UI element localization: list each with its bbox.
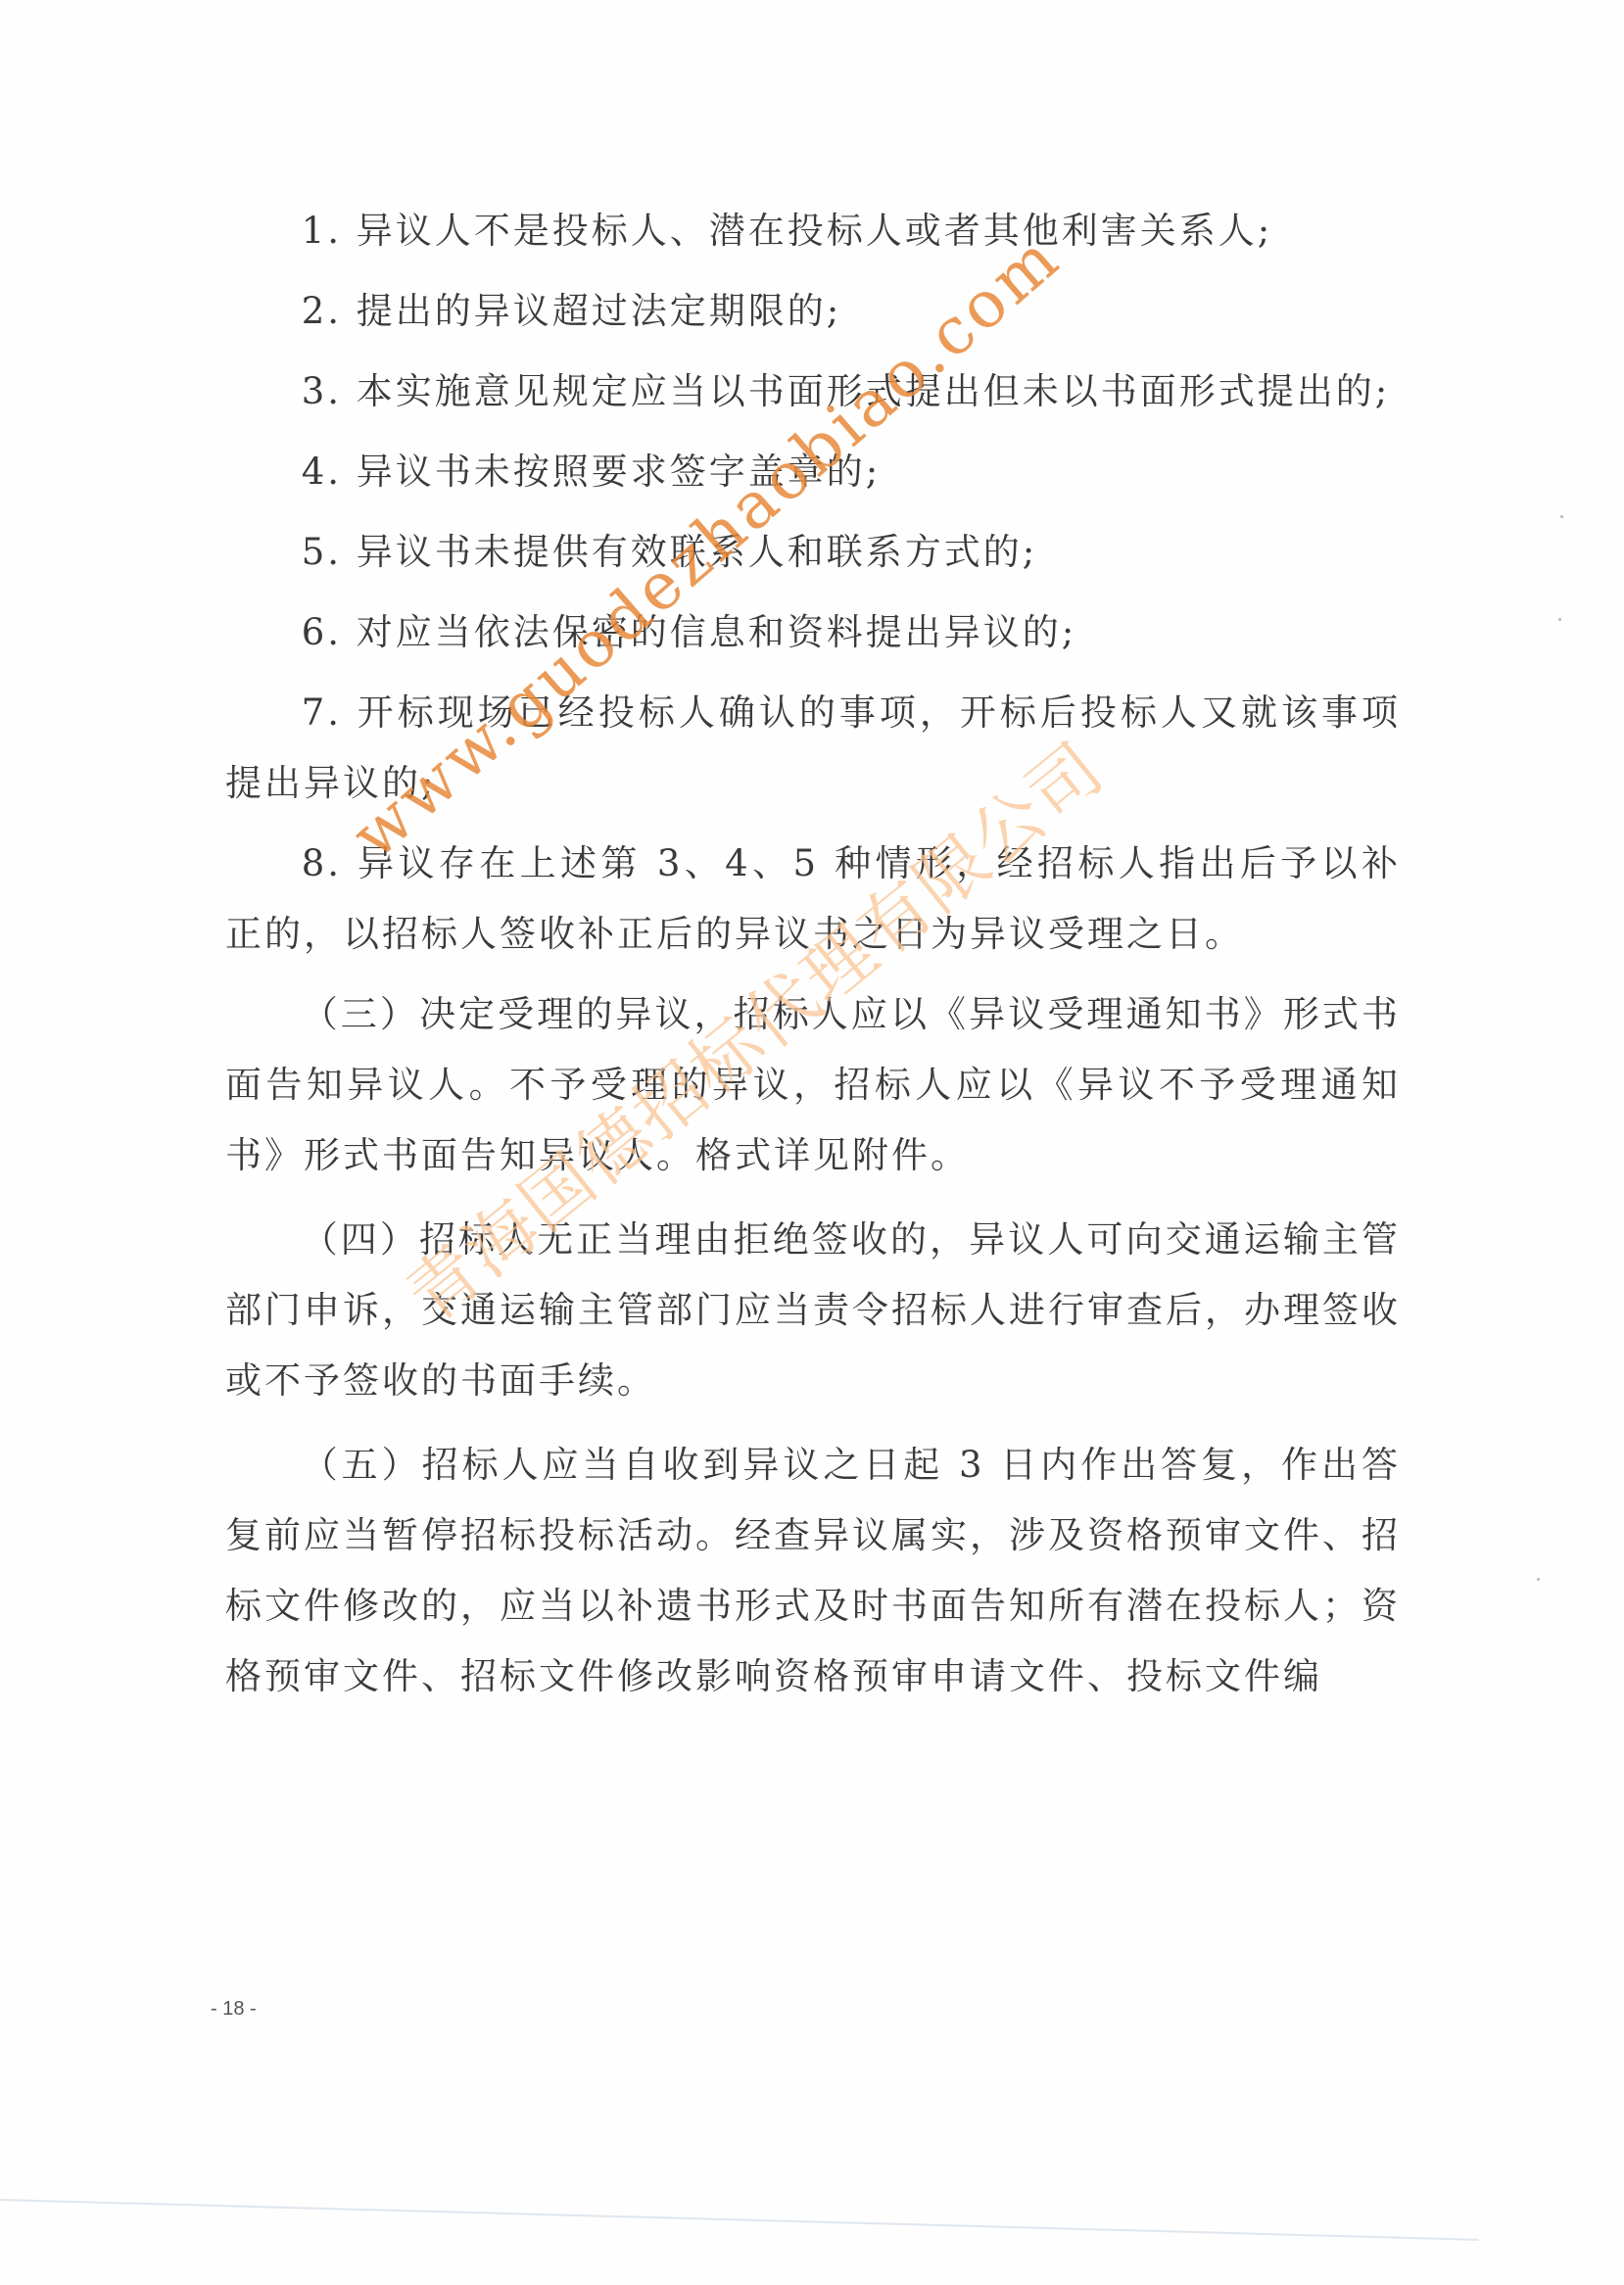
section-paragraph-3: （三）决定受理的异议，招标人应以《异议受理通知书》形式书面告知异议人。不予受理的… (225, 979, 1401, 1191)
list-item-7: 7. 开标现场已经投标人确认的事项，开标后投标人又就该事项提出异议的; (225, 678, 1401, 819)
list-item-6: 6. 对应当依法保密的信息和资料提出异议的; (225, 597, 1401, 668)
list-item-4: 4. 异议书未按照要求签字盖章的; (225, 437, 1401, 507)
page-number: - 18 - (211, 1998, 257, 2021)
scan-speck (1537, 1578, 1540, 1581)
list-item-5: 5. 异议书未提供有效联系人和联系方式的; (225, 517, 1401, 588)
scan-edge-line (0, 2199, 1478, 2241)
list-item-8: 8. 异议存在上述第 3、4、5 种情形，经招标人指出后予以补正的，以招标人签收… (225, 829, 1401, 970)
section-paragraph-4: （四）招标人无正当理由拒绝签收的，异议人可向交通运输主管部门申诉，交通运输主管部… (225, 1205, 1401, 1416)
scan-speck (1560, 515, 1563, 518)
section-paragraph-5: （五）招标人应当自收到异议之日起 3 日内作出答复，作出答复前应当暂停招标投标活… (225, 1430, 1401, 1712)
scan-speck (1558, 618, 1561, 621)
document-body: 1. 异议人不是投标人、潜在投标人或者其他利害关系人; 2. 提出的异议超过法定… (225, 196, 1401, 1726)
list-item-1: 1. 异议人不是投标人、潜在投标人或者其他利害关系人; (225, 196, 1401, 266)
document-page: 1. 异议人不是投标人、潜在投标人或者其他利害关系人; 2. 提出的异议超过法定… (0, 0, 1624, 2285)
list-item-2: 2. 提出的异议超过法定期限的; (225, 276, 1401, 347)
list-item-3: 3. 本实施意见规定应当以书面形式提出但未以书面形式提出的; (225, 357, 1401, 427)
